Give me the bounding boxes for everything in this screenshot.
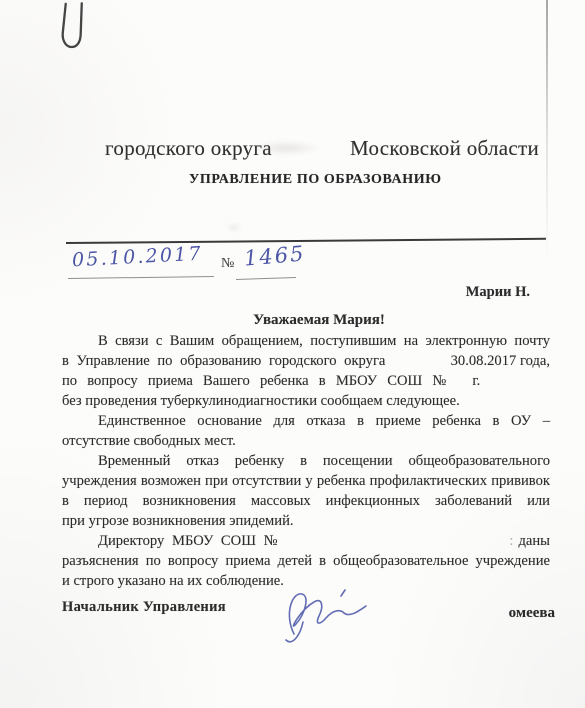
number-sign-label: № xyxy=(221,256,234,272)
body-line: В связи с Вашим обращением, поступившим … xyxy=(62,331,550,351)
page-edge-shadow xyxy=(546,0,548,260)
letterhead-oblast-text: Московской области xyxy=(350,136,539,161)
body-line: отсутствие свободных мест. xyxy=(62,431,550,451)
body-line-date: 30.08.2017 года, xyxy=(451,351,550,371)
body-line-text: Директору МБОУ СОШ № xyxy=(98,531,278,551)
letterhead-department-title: УПРАВЛЕНИЕ ПО ОБРАЗОВАНИЮ xyxy=(189,172,442,188)
body-line: в Управление по образованию городского о… xyxy=(62,351,550,371)
addressee-name: Марии Н. xyxy=(62,284,530,301)
date-underline xyxy=(68,276,214,279)
letterhead-district-text: городского округа xyxy=(105,136,272,161)
number-underline xyxy=(236,277,296,280)
body-line: Временный отказ ребенку в посещении обще… xyxy=(62,451,550,471)
signer-name-fragment: омеева xyxy=(62,605,555,622)
scanned-letter-page: { "header": { "line1_left": "городского … xyxy=(0,0,585,708)
body-line-end: :даны xyxy=(509,531,550,551)
body-line: без проведения туберкулинодиагностики со… xyxy=(62,391,550,411)
body-line: по вопросу приема Вашего ребенка в МБОУ … xyxy=(62,371,550,391)
scan-mark: : xyxy=(509,533,513,549)
body-line-text: в Управление по образованию городского о… xyxy=(62,351,385,371)
body-line: при угрозе возникновения эпидемий. xyxy=(62,511,550,531)
letterhead-divider-rule xyxy=(66,238,546,244)
body-line: учреждения возможен при отсутствии у реб… xyxy=(62,471,550,491)
handwritten-number: 1465 xyxy=(243,241,306,270)
scan-artifact xyxy=(226,224,242,231)
redaction-smudge xyxy=(250,141,322,155)
body-line: Директору МБОУ СОШ № :даны xyxy=(62,531,550,551)
paperclip-icon xyxy=(58,1,88,53)
letterhead-region-line: городского округа Московской области xyxy=(105,136,539,161)
salutation-line: Уважаемая Мария! xyxy=(62,312,550,329)
handwritten-date: 05.10.2017 xyxy=(72,243,204,272)
body-line-text: по вопросу приема Вашего ребенка в МБОУ … xyxy=(62,373,446,389)
body-line: в период возникновения массовых инфекцио… xyxy=(62,491,550,511)
letter-body: В связи с Вашим обращением, поступившим … xyxy=(62,331,550,591)
body-line-text: г. xyxy=(472,373,480,389)
body-line: Единственное основание для отказа в прие… xyxy=(62,411,550,431)
body-line-text: даны xyxy=(518,533,550,549)
body-line: разъяснения по вопросу приема детей в об… xyxy=(62,551,550,571)
